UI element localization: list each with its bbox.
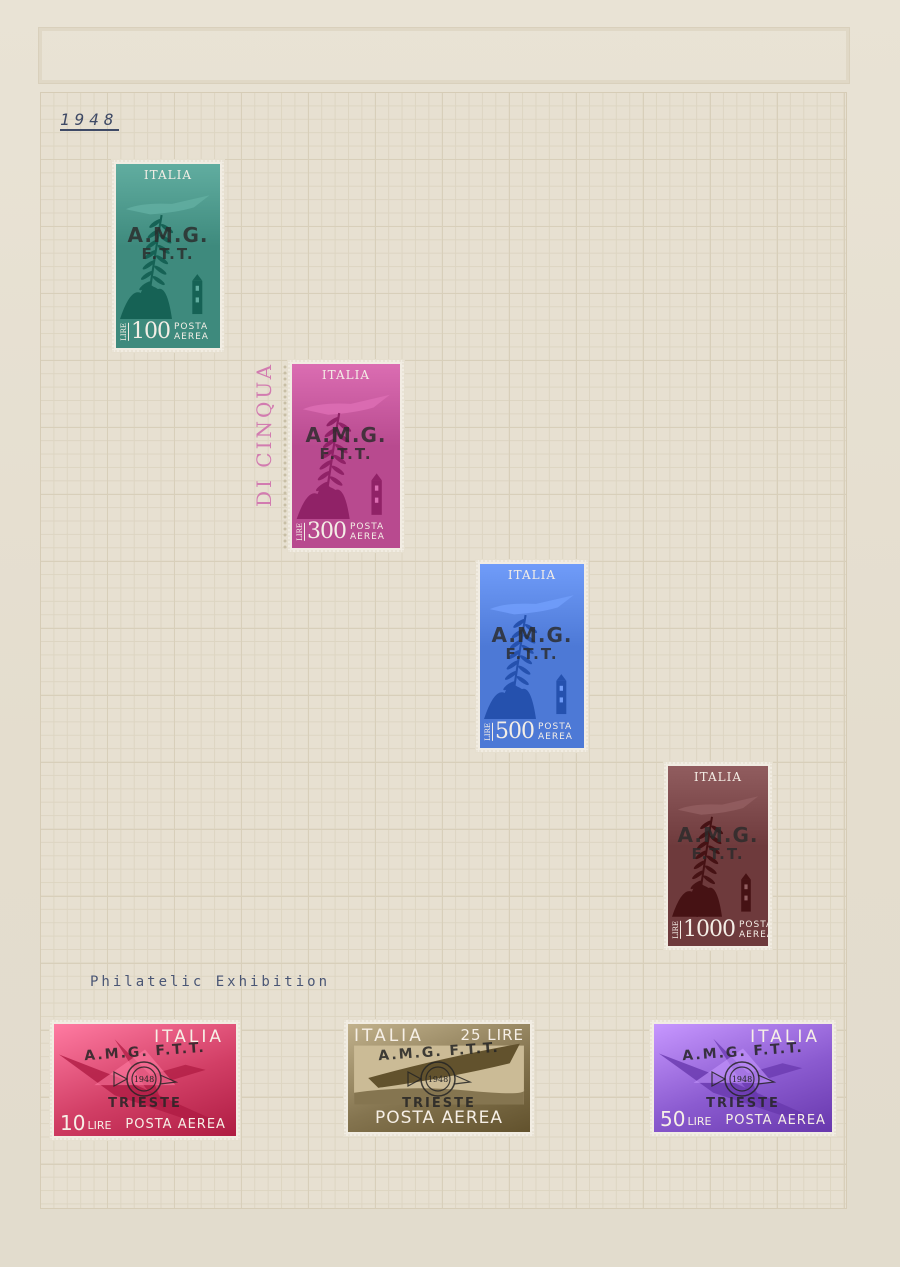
- stamp-value: 1000: [683, 919, 735, 941]
- stamp-caption: POSTA AEREA: [125, 1117, 226, 1132]
- overprint-amg: A.M.G.: [480, 625, 584, 645]
- post-horn-icon: 1948: [110, 1060, 180, 1098]
- stamp-design: ITALIA A.M.G. F.T.T. LIRE 1000 POSTAAERE…: [668, 766, 768, 946]
- stamp-design: ITALIA A.M.G. F.T.T. 1948 TRIESTE 10LIRE…: [54, 1024, 236, 1136]
- bell-tower-icon: [189, 262, 206, 325]
- stamp-design: ITALIA 25 LIRE A.M.G. F.T.T. 1948 TRIEST…: [348, 1024, 530, 1132]
- post-horn-icon: 1948: [708, 1060, 778, 1098]
- stamp-caption: POSTA AEREA: [725, 1113, 826, 1128]
- lire-label: LIRE: [120, 323, 129, 341]
- stamp-design: ITALIA A.M.G. F.T.T. 1948 TRIESTE 50LIRE…: [654, 1024, 832, 1132]
- stamp-exhibition-10: ITALIA A.M.G. F.T.T. 1948 TRIESTE 10LIRE…: [50, 1020, 240, 1140]
- stamp-airmail-500: ITALIA A.M.G. F.T.T. LIRE 500 POSTAAEREA: [476, 560, 588, 752]
- stamp-value: 500: [495, 721, 534, 743]
- stamp-country: ITALIA: [480, 568, 584, 582]
- svg-text:1948: 1948: [428, 1075, 448, 1084]
- svg-text:1948: 1948: [134, 1075, 154, 1084]
- stamp-caption: POSTA AEREA: [375, 1108, 503, 1128]
- year-heading: 1948: [60, 112, 119, 131]
- stamp-caption: POSTAAEREA: [739, 920, 768, 940]
- stamp-airmail-1000: ITALIA A.M.G. F.T.T. LIRE 1000 POSTAAERE…: [664, 762, 772, 950]
- stamp-caption: POSTAAEREA: [350, 522, 385, 542]
- lire-label: LIRE: [687, 1115, 711, 1128]
- stamp-exhibition-50: ITALIA A.M.G. F.T.T. 1948 TRIESTE 50LIRE…: [650, 1020, 836, 1136]
- stamp-value-bar: POSTA AEREA: [354, 1108, 524, 1128]
- overprint-ftt: F.T.T.: [668, 847, 768, 862]
- stamp-value-bar: LIRE 300 POSTAAEREA: [292, 519, 400, 545]
- stamp-value: 50: [660, 1110, 685, 1128]
- stamp-country: ITALIA: [292, 368, 400, 382]
- bell-tower-icon: [368, 462, 385, 525]
- lire-label: LIRE: [296, 523, 305, 541]
- overprint-ftt: F.T.T.: [480, 647, 584, 662]
- stamp-value-bar: LIRE 1000 POSTAAEREA: [668, 917, 768, 943]
- section-label: Philatelic Exhibition: [90, 974, 330, 990]
- overprint-amg: A.M.G.: [116, 225, 220, 245]
- stamp-value-bar: 10LIREPOSTA AEREA: [60, 1114, 230, 1132]
- lire-label: LIRE: [484, 723, 493, 741]
- bell-tower-icon: [738, 861, 754, 922]
- stamp-value-bar: LIRE 500 POSTAAEREA: [480, 719, 584, 745]
- lire-label: LIRE: [87, 1119, 111, 1132]
- overprint-amg: A.M.G.: [292, 425, 400, 445]
- overprint-ftt: F.T.T.: [292, 447, 400, 462]
- perforation-margin: [282, 364, 288, 549]
- overprint-ftt: F.T.T.: [116, 247, 220, 262]
- stamp-value: 100: [131, 321, 170, 343]
- stamp-design: ITALIA A.M.G. F.T.T. LIRE 100 POSTAAEREA: [116, 164, 220, 348]
- stamp-airmail-100: ITALIA A.M.G. F.T.T. LIRE 100 POSTAAEREA: [112, 160, 224, 352]
- overprint-amg: A.M.G.: [668, 825, 768, 845]
- stamp-caption: POSTAAEREA: [174, 322, 209, 342]
- bell-tower-icon: [553, 662, 570, 725]
- stamp-caption: POSTAAEREA: [538, 722, 573, 742]
- stamp-design: ITALIA A.M.G. F.T.T. LIRE 500 POSTAAEREA: [480, 564, 584, 748]
- stamp-design: ITALIA A.M.G. F.T.T. LIRE 300 POSTAAEREA: [292, 364, 400, 548]
- stamp-country: ITALIA: [354, 1026, 424, 1046]
- stamp-value: 300: [307, 521, 346, 543]
- svg-text:1948: 1948: [732, 1075, 752, 1084]
- stamp-value-bar: 50LIREPOSTA AEREA: [660, 1110, 826, 1128]
- stamp-value-bar: LIRE 100 POSTAAEREA: [116, 319, 220, 345]
- stamp-value: 10: [60, 1114, 85, 1132]
- overprint-trieste: TRIESTE: [54, 1096, 236, 1111]
- stamp-exhibition-25: ITALIA 25 LIRE A.M.G. F.T.T. 1948 TRIEST…: [344, 1020, 534, 1136]
- stamp-country: ITALIA: [116, 168, 220, 182]
- sheet-margin-inscription: DI CINQUA: [252, 362, 276, 550]
- lire-label: LIRE: [672, 921, 681, 939]
- stamp-country: ITALIA: [668, 770, 768, 784]
- stamp-airmail-300: ITALIA A.M.G. F.T.T. LIRE 300 POSTAAEREA: [288, 360, 404, 552]
- post-horn-icon: 1948: [404, 1060, 474, 1098]
- page-title-box: [38, 27, 850, 84]
